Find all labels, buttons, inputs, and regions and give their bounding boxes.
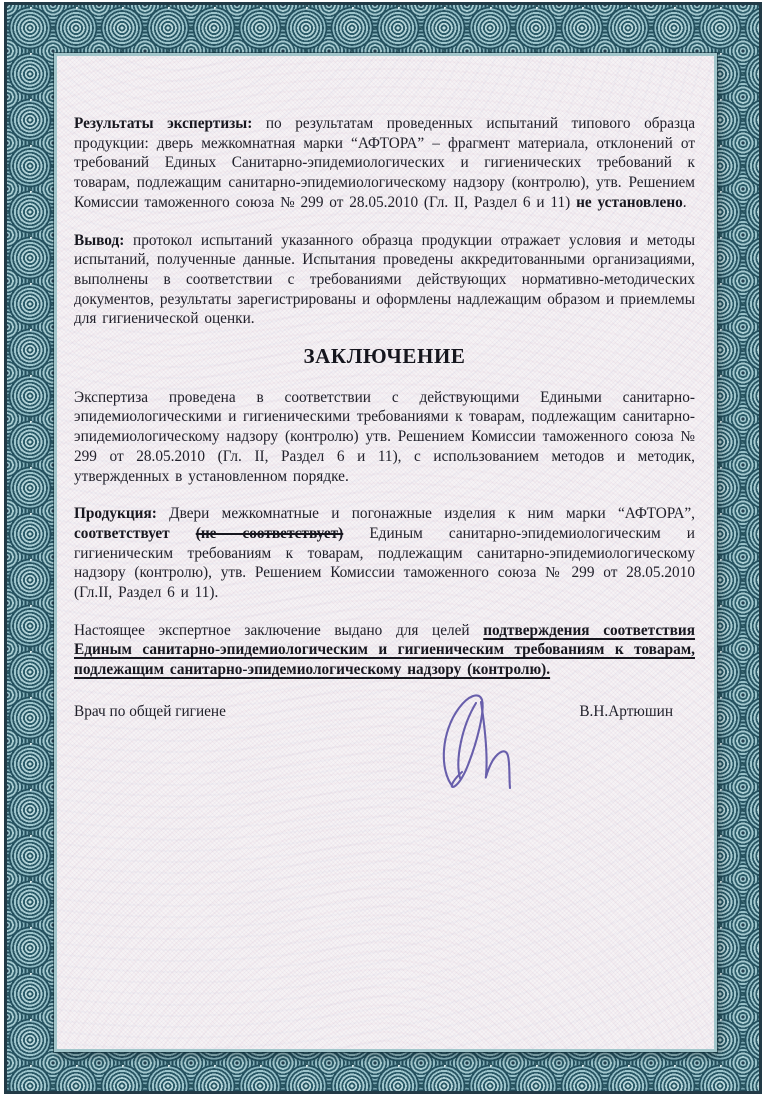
document-page: Результаты экспертизы: по результатам пр… xyxy=(54,53,717,1052)
signer-name: В.Н.Артюшин xyxy=(579,702,673,722)
paragraph: Результаты экспертизы: по результатам пр… xyxy=(74,114,695,213)
document-content: Результаты экспертизы: по результатам пр… xyxy=(57,56,714,1049)
paragraph: Вывод: протокол испытаний указанного обр… xyxy=(74,231,695,330)
document-text: Результаты экспертизы: по результатам пр… xyxy=(74,114,695,680)
scanned-document: { "colors": { "text_ink": "#20202a", "bo… xyxy=(0,0,768,1098)
signer-role: Врач по общей гигиене xyxy=(74,702,226,722)
paragraph: Настоящее экспертное заключение выдано д… xyxy=(74,621,695,680)
paragraph: Экспертиза проведена в соответствии с де… xyxy=(74,388,695,487)
conclusion-heading: ЗАКЛЮЧЕНИЕ xyxy=(74,347,695,367)
signature-ink-icon xyxy=(409,690,559,802)
signature-row: Врач по общей гигиене В.Н.Артюшин xyxy=(74,702,695,722)
paragraph: Продукция: Двери межкомнатные и погонажн… xyxy=(74,504,695,603)
